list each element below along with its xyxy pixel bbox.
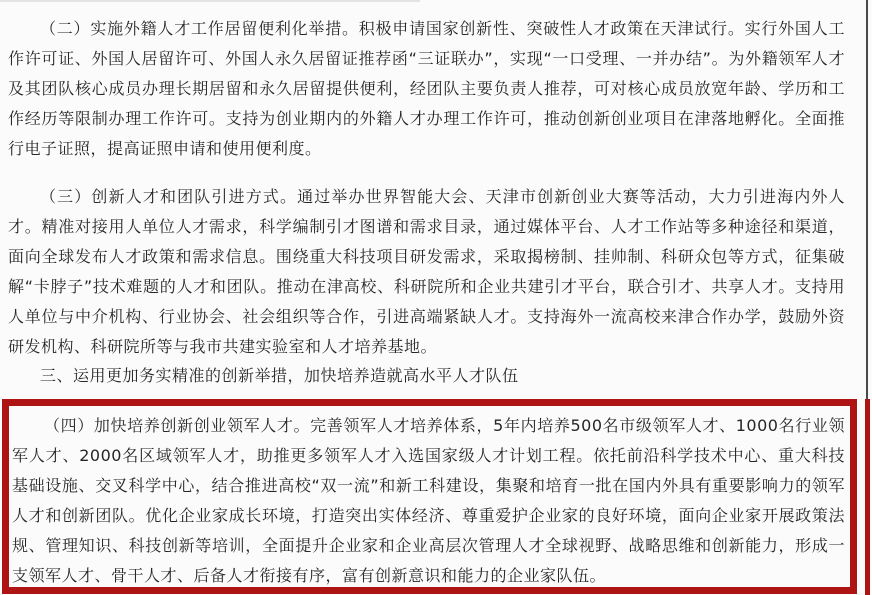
page-top-hairline	[0, 0, 420, 2]
paragraph-leading-talent-highlighted: （四）加快培养创新创业领军人才。完善领军人才培养体系，5年内培养500名市级领军…	[9, 406, 850, 591]
red-highlight-box: （四）加快培养创新创业领军人才。完善领军人才培养体系，5年内培养500名市级领军…	[2, 399, 857, 594]
document-page: （二）实施外籍人才工作居留便利化举措。积极申请国家创新性、突破性人才政策在天津试…	[0, 0, 872, 595]
paragraph-foreign-talent-residence: （二）实施外籍人才工作居留便利化举措。积极申请国家创新性、突破性人才政策在天津试…	[8, 14, 845, 164]
section-heading: 三、运用更加务实精准的创新举措，加快培养造就高水平人才队伍	[8, 361, 845, 391]
paragraph-talent-team-introduction: （三）创新人才和团队引进方式。通过举办世界智能大会、天津市创新创业大赛等活动，大…	[8, 182, 845, 362]
red-highlight-right-stub	[865, 399, 870, 595]
